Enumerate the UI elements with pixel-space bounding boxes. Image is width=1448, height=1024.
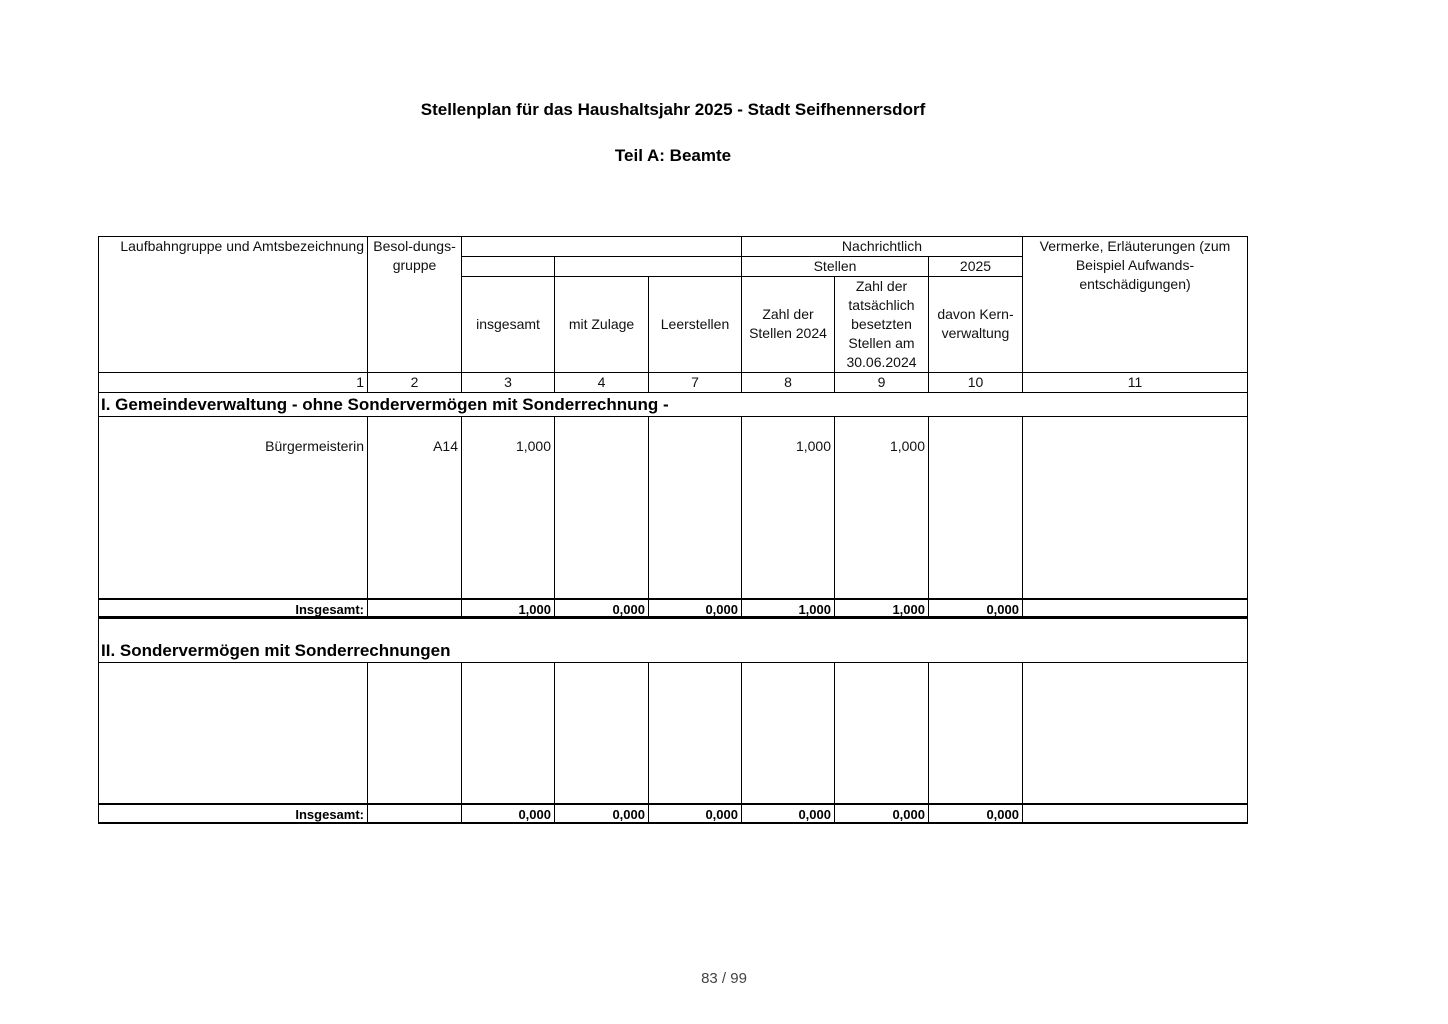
header-stellen: Stellen	[741, 256, 929, 277]
empty-cell	[554, 662, 649, 804]
header-leerstellen: Leerstellen	[648, 276, 742, 373]
total-kernverwaltung-2: 0,000	[928, 803, 1023, 824]
total-mit-zulage-2: 0,000	[554, 803, 649, 824]
total-stellen-2024-2: 0,000	[741, 803, 835, 824]
document-subtitle: Teil A: Beamte	[0, 146, 1346, 166]
section-title-2: II. Sondervermögen mit Sonderrechnungen	[98, 617, 1248, 663]
header-vermerke: Vermerke, Erläuterungen (zum Beispiel Au…	[1022, 236, 1248, 373]
total-insgesamt-1: 1,000	[461, 598, 555, 618]
row-kernverwaltung	[928, 416, 1023, 599]
document-title: Stellenplan für das Haushaltsjahr 2025 -…	[0, 100, 1346, 120]
page-indicator: 83 / 99	[0, 970, 1448, 987]
colnum-2: 2	[367, 372, 462, 393]
empty-cell	[1022, 662, 1248, 804]
header-blank-sub1	[461, 256, 555, 277]
header-zahl-stellen-2024: Zahl der Stellen 2024	[741, 276, 835, 373]
row-amtsbezeichnung: Bürgermeisterin	[98, 416, 368, 599]
colnum-11: 11	[1022, 372, 1248, 393]
total-leerstellen-1: 0,000	[648, 598, 742, 618]
header-kernverwaltung: davon Kern-verwaltung	[928, 276, 1023, 373]
header-blank-top	[461, 236, 742, 257]
colnum-3: 3	[461, 372, 555, 393]
empty-cell	[461, 662, 555, 804]
total-vermerke-2	[1022, 803, 1248, 824]
total-label-2: Insgesamt:	[98, 803, 368, 824]
colnum-1: 1	[98, 372, 368, 393]
header-amtsbezeichnung: Laufbahngruppe und Amtsbezeichnung	[98, 236, 368, 373]
total-insgesamt-2: 0,000	[461, 803, 555, 824]
empty-cell	[928, 662, 1023, 804]
header-insgesamt: insgesamt	[461, 276, 555, 373]
empty-cell	[834, 662, 929, 804]
total-besoldungsgruppe-1	[367, 598, 462, 618]
total-besetzt-1: 1,000	[834, 598, 929, 618]
row-leerstellen	[648, 416, 742, 599]
header-besoldungsgruppe: Besol-dungs-gruppe	[367, 236, 462, 373]
total-kernverwaltung-1: 0,000	[928, 598, 1023, 618]
total-leerstellen-2: 0,000	[648, 803, 742, 824]
colnum-7: 7	[648, 372, 742, 393]
header-2025: 2025	[928, 256, 1023, 277]
header-zahl-besetzt: Zahl der tatsächlich besetzten Stellen a…	[834, 276, 929, 373]
empty-cell	[741, 662, 835, 804]
colnum-8: 8	[741, 372, 835, 393]
colnum-9: 9	[834, 372, 929, 393]
header-blank-sub2	[554, 256, 742, 277]
header-mit-zulage: mit Zulage	[554, 276, 649, 373]
colnum-4: 4	[554, 372, 649, 393]
row-stellen-2024: 1,000	[741, 416, 835, 599]
empty-cell	[367, 662, 462, 804]
row-insgesamt: 1,000	[461, 416, 555, 599]
colnum-10: 10	[928, 372, 1023, 393]
empty-cell	[648, 662, 742, 804]
row-mit-zulage	[554, 416, 649, 599]
total-stellen-2024-1: 1,000	[741, 598, 835, 618]
section-title-1: I. Gemeindeverwaltung - ohne Sondervermö…	[98, 392, 1248, 417]
total-vermerke-1	[1022, 598, 1248, 618]
total-mit-zulage-1: 0,000	[554, 598, 649, 618]
row-besetzt: 1,000	[834, 416, 929, 599]
header-nachrichtlich: Nachrichtlich	[741, 236, 1023, 257]
empty-cell	[98, 662, 368, 804]
total-besoldungsgruppe-2	[367, 803, 462, 824]
total-label-1: Insgesamt:	[98, 598, 368, 618]
row-vermerke	[1022, 416, 1248, 599]
row-besoldungsgruppe: A14	[367, 416, 462, 599]
total-besetzt-2: 0,000	[834, 803, 929, 824]
